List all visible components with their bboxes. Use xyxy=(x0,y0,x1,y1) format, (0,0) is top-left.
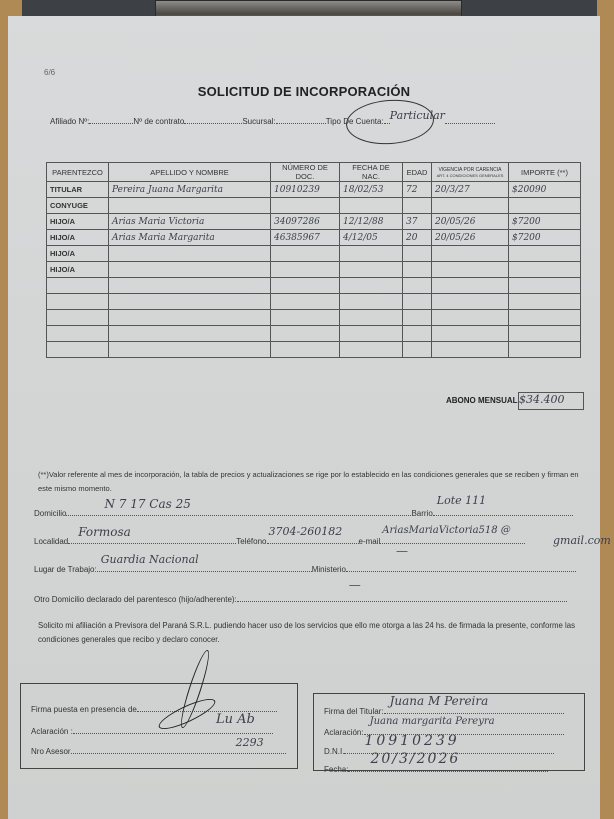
cell-doc[interactable] xyxy=(271,310,340,326)
col-documento: NÚMERO DE DOC. xyxy=(271,163,340,182)
cell-age[interactable]: 20 xyxy=(403,230,432,246)
cell-birth[interactable] xyxy=(340,326,403,342)
cell-rel xyxy=(47,326,109,342)
table-row: HIJO/AArias Maria Margarita463859674/12/… xyxy=(47,230,581,246)
trabajo-field[interactable]: Guardia Nacional xyxy=(97,562,312,572)
telefono-value: 3704-260182 xyxy=(269,525,343,538)
cell-name[interactable] xyxy=(109,278,271,294)
barrio-label: Barrio xyxy=(411,509,432,518)
table-row: TITULARPereira Juana Margarita1091023918… xyxy=(47,182,581,198)
cell-age[interactable] xyxy=(403,246,432,262)
col-edad: EDAD xyxy=(403,163,432,182)
cell-name[interactable] xyxy=(109,294,271,310)
cell-rel xyxy=(47,278,109,294)
domicilio-field[interactable]: N 7 17 Cas 25 xyxy=(66,506,411,516)
holder-dni-label: D.N.I. xyxy=(324,747,344,756)
holder-firma-value: Juana M Pereira xyxy=(390,694,489,708)
cell-birth[interactable] xyxy=(340,262,403,278)
col-nombre: APELLIDO Y NOMBRE xyxy=(109,163,271,182)
cell-age[interactable]: 37 xyxy=(403,214,432,230)
contrato-label: Nº de contrato xyxy=(133,117,184,126)
col-fecha-nac: FECHA DE NAC. xyxy=(340,163,403,182)
otro-domicilio-row: Otro Domicilio declarado del parentesco … xyxy=(34,592,567,604)
cell-name[interactable] xyxy=(109,198,271,214)
cell-doc[interactable] xyxy=(271,262,340,278)
localidad-value: Formosa xyxy=(78,525,131,539)
abono-value: $34.400 xyxy=(519,393,565,406)
otro-domicilio-field[interactable]: — xyxy=(237,592,567,602)
advisor-signature-mark: Lu Ab xyxy=(216,712,255,727)
holder-aclaracion-label: Aclaración: xyxy=(324,728,364,737)
cell-imp[interactable]: $7200 xyxy=(509,230,581,246)
cell-birth[interactable]: 4/12/05 xyxy=(340,230,403,246)
cell-imp[interactable] xyxy=(509,246,581,262)
cell-rel: HIJO/A xyxy=(47,262,109,278)
localidad-label: Localidad xyxy=(34,537,68,546)
cell-doc[interactable]: 34097286 xyxy=(271,214,340,230)
holder-fecha-field[interactable]: 20/3/2026 xyxy=(348,762,548,772)
cell-rel xyxy=(47,310,109,326)
barrio-value: Lote 111 xyxy=(437,494,486,507)
cell-doc[interactable]: 46385967 xyxy=(271,230,340,246)
trabajo-label: Lugar de Trabajo: xyxy=(34,565,97,574)
col-vigencia: VIGENCIA POR CARENCIAART. 4 CONDICIONES … xyxy=(432,163,509,182)
table-row xyxy=(47,326,581,342)
ministerio-label: Ministerio xyxy=(312,565,346,574)
telefono-field[interactable]: 3704-260182 xyxy=(267,534,359,544)
domicilio-label: Domicilio xyxy=(34,509,66,518)
cell-name[interactable]: Arias Maria Victoria xyxy=(109,214,271,230)
cell-imp[interactable] xyxy=(509,310,581,326)
abono-value-box[interactable]: $34.400 xyxy=(518,392,584,410)
cell-vig[interactable] xyxy=(432,310,509,326)
domicilio-value: N 7 17 Cas 25 xyxy=(104,497,190,511)
cell-name[interactable]: Pereira Juana Margarita xyxy=(109,182,271,198)
cell-imp[interactable] xyxy=(509,326,581,342)
advisor-asesor-label: Nro Asesor xyxy=(31,747,71,756)
table-row xyxy=(47,294,581,310)
cell-rel xyxy=(47,294,109,310)
otro-domicilio-value: — xyxy=(349,578,361,592)
cell-doc[interactable] xyxy=(271,278,340,294)
cell-birth[interactable]: 12/12/88 xyxy=(340,214,403,230)
holder-dni-value: 10910239 xyxy=(364,733,459,749)
holder-signature-box: Firma del Titular:Juana M Pereira Aclara… xyxy=(313,693,585,771)
abono-label: ABONO MENSUAL xyxy=(446,396,518,405)
advisor-signature-box: Firma puesta en presencia de Aclaración … xyxy=(20,683,298,769)
page-number: 6/6 xyxy=(44,68,55,77)
cell-age[interactable] xyxy=(403,198,432,214)
cell-age[interactable] xyxy=(403,342,432,358)
cell-vig[interactable]: 20/05/26 xyxy=(432,230,509,246)
cell-doc[interactable] xyxy=(271,294,340,310)
contrato-field[interactable] xyxy=(184,114,242,124)
cell-vig[interactable] xyxy=(432,262,509,278)
cell-vig[interactable] xyxy=(432,342,509,358)
table-row xyxy=(47,342,581,358)
cell-imp[interactable] xyxy=(509,262,581,278)
domicilio-row: DomicilioN 7 17 Cas 25BarrioLote 111 xyxy=(34,506,573,518)
localidad-row: LocalidadFormosaTeléfono3704-260182e-mai… xyxy=(34,534,525,546)
col-parentezco: PARENTEZCO xyxy=(47,163,109,182)
cell-imp[interactable] xyxy=(509,198,581,214)
advisor-asesor-value: 2293 xyxy=(236,736,264,749)
email-field[interactable]: AriasMariaVictoria518 @ xyxy=(380,534,525,544)
email-label: e-mail xyxy=(359,537,381,546)
otro-domicilio-label: Otro Domicilio declarado del parentesco … xyxy=(34,595,237,604)
cell-birth[interactable] xyxy=(340,278,403,294)
cell-imp[interactable]: $20090 xyxy=(509,182,581,198)
holder-aclaracion-value: Juana margarita Pereyra xyxy=(370,716,495,727)
family-table: PARENTEZCO APELLIDO Y NOMBRE NÚMERO DE D… xyxy=(46,162,581,358)
cell-doc[interactable] xyxy=(271,342,340,358)
table-row: HIJO/A xyxy=(47,246,581,262)
cell-vig[interactable] xyxy=(432,326,509,342)
sucursal-field[interactable] xyxy=(276,114,326,124)
cell-name[interactable] xyxy=(109,342,271,358)
cell-rel: CONYUGE xyxy=(47,198,109,214)
sucursal-label: Sucursal: xyxy=(242,117,275,126)
holder-firma-field[interactable]: Juana M Pereira xyxy=(384,704,564,714)
table-header-row: PARENTEZCO APELLIDO Y NOMBRE NÚMERO DE D… xyxy=(47,163,581,182)
cell-imp[interactable] xyxy=(509,294,581,310)
cell-doc[interactable] xyxy=(271,326,340,342)
cell-rel: HIJO/A xyxy=(47,214,109,230)
cell-vig[interactable]: 20/05/26 xyxy=(432,214,509,230)
afiliado-label: Afiliado Nº: xyxy=(50,117,89,126)
holder-firma-label: Firma del Titular: xyxy=(324,707,384,716)
form-title: SOLICITUD DE INCORPORACIÓN xyxy=(8,84,600,99)
cell-imp[interactable] xyxy=(509,278,581,294)
email-value: AriasMariaVictoria518 @ xyxy=(382,525,511,536)
table-row: CONYUGE xyxy=(47,198,581,214)
cell-age[interactable] xyxy=(403,310,432,326)
cell-vig[interactable] xyxy=(432,294,509,310)
table-row xyxy=(47,278,581,294)
cell-name[interactable] xyxy=(109,310,271,326)
table-row: HIJO/A xyxy=(47,262,581,278)
advisor-firma-label: Firma puesta en presencia de xyxy=(31,705,137,714)
cell-imp[interactable] xyxy=(509,342,581,358)
cell-birth[interactable] xyxy=(340,294,403,310)
cell-birth[interactable]: 18/02/53 xyxy=(340,182,403,198)
form-page: 6/6 SOLICITUD DE INCORPORACIÓN Afiliado … xyxy=(8,16,600,819)
localidad-field[interactable]: Formosa xyxy=(68,534,236,544)
afiliado-field[interactable] xyxy=(89,114,133,124)
cell-vig[interactable]: 20/3/27 xyxy=(432,182,509,198)
cell-rel: HIJO/A xyxy=(47,230,109,246)
table-row xyxy=(47,310,581,326)
advisor-aclaracion-label: Aclaración : xyxy=(31,727,73,736)
cell-name[interactable] xyxy=(109,262,271,278)
trabajo-value: Guardia Nacional xyxy=(101,553,199,566)
ministerio-value: — xyxy=(396,544,408,558)
cell-age[interactable] xyxy=(403,326,432,342)
holder-fecha-label: Fecha: xyxy=(324,765,348,774)
cell-doc[interactable] xyxy=(271,246,340,262)
cell-rel: HIJO/A xyxy=(47,246,109,262)
cell-name[interactable]: Arias Maria Margarita xyxy=(109,230,271,246)
cell-age[interactable] xyxy=(403,262,432,278)
cell-age[interactable]: 72 xyxy=(403,182,432,198)
cell-doc[interactable]: 10910239 xyxy=(271,182,340,198)
trabajo-row: Lugar de Trabajo:Guardia NacionalMiniste… xyxy=(34,562,576,574)
cell-rel: TITULAR xyxy=(47,182,109,198)
cell-vig[interactable] xyxy=(432,278,509,294)
cell-rel xyxy=(47,342,109,358)
telefono-label: Teléfono xyxy=(236,537,266,546)
cell-vig[interactable] xyxy=(432,246,509,262)
cell-age[interactable] xyxy=(403,294,432,310)
handdrawn-circle xyxy=(345,97,436,147)
cell-age[interactable] xyxy=(403,278,432,294)
holder-fecha-value: 20/3/2026 xyxy=(370,751,460,767)
advisor-asesor-field[interactable]: 2293 xyxy=(71,744,286,754)
ministerio-field[interactable]: — xyxy=(346,562,576,572)
cell-name[interactable] xyxy=(109,246,271,262)
cell-imp[interactable]: $7200 xyxy=(509,214,581,230)
cell-birth[interactable] xyxy=(340,310,403,326)
col-importe: IMPORTE (**) xyxy=(509,163,581,182)
price-note: (**)Valor referente al mes de incorporac… xyxy=(38,468,593,496)
cell-doc[interactable] xyxy=(271,198,340,214)
cell-birth[interactable] xyxy=(340,198,403,214)
cell-birth[interactable] xyxy=(340,246,403,262)
cell-name[interactable] xyxy=(109,326,271,342)
email-value-continued: gmail.com xyxy=(553,534,611,547)
cell-birth[interactable] xyxy=(340,342,403,358)
declaration-text: Solicito mi afiliación a Previsora del P… xyxy=(38,619,593,647)
barrio-field[interactable]: Lote 111 xyxy=(433,506,573,516)
cell-vig[interactable] xyxy=(432,198,509,214)
table-row: HIJO/AArias Maria Victoria3409728612/12/… xyxy=(47,214,581,230)
